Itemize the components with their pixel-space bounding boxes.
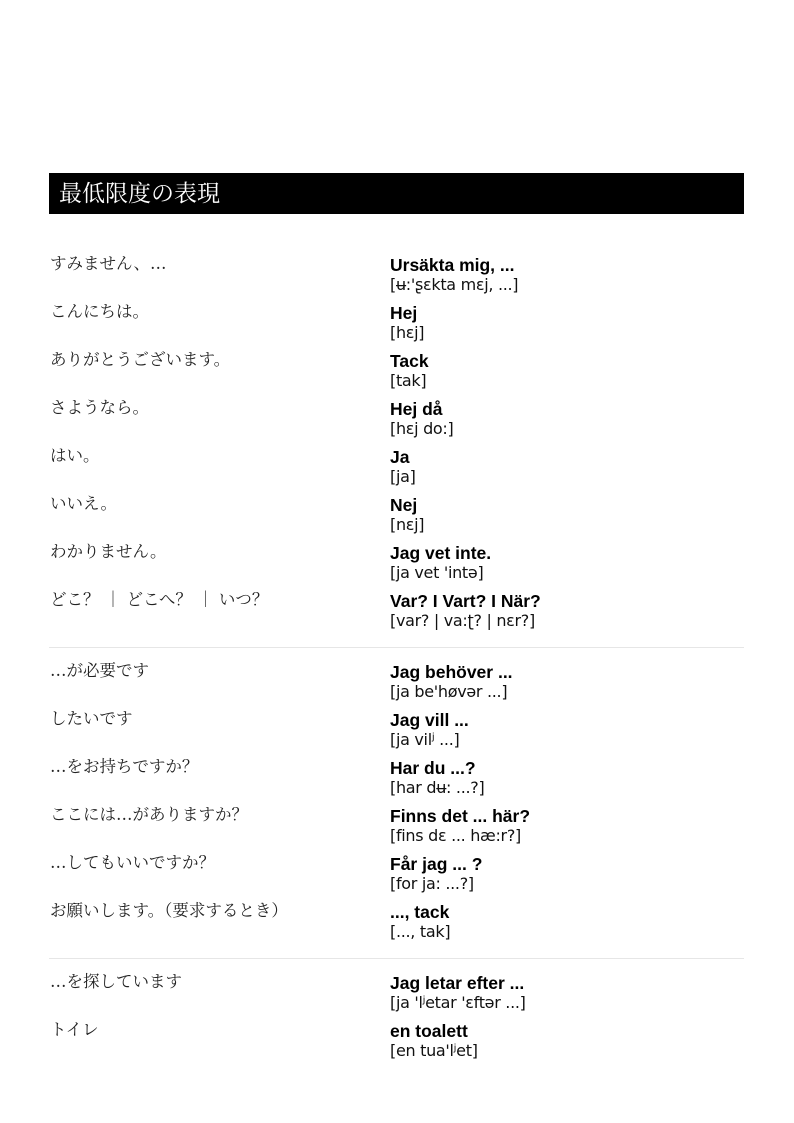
swedish-phrase: Har du ...? bbox=[390, 759, 484, 778]
japanese-phrase: …が必要です bbox=[50, 661, 149, 681]
section-title: 最低限度の表現 bbox=[59, 183, 220, 206]
phrase-list: すみません、… Ursäkta mig, ... [ʉ:'ʂɛkta mɛj, … bbox=[49, 256, 744, 1070]
japanese-phrase: わかりません。 bbox=[50, 542, 167, 562]
swedish-phrase: Tack bbox=[390, 352, 429, 371]
japanese-phrase: …を探しています bbox=[50, 972, 182, 992]
phrase-row: すみません、… Ursäkta mig, ... [ʉ:'ʂɛkta mɛj, … bbox=[49, 256, 744, 304]
section-header: 最低限度の表現 bbox=[49, 173, 744, 214]
japanese-phrase: いいえ。 bbox=[50, 494, 117, 514]
swedish-translation: Ursäkta mig, ... [ʉ:'ʂɛkta mɛj, ...] bbox=[390, 256, 518, 294]
japanese-phrase: どこ？ ｜ どこへ？ ｜ いつ？ bbox=[50, 590, 268, 610]
phrase-row: どこ？ ｜ どこへ？ ｜ いつ？ Var? I Vart? I När? [va… bbox=[49, 592, 744, 640]
swedish-phrase: Jag vill ... bbox=[390, 711, 469, 730]
phrase-row: お願いします。（要求するとき） ..., tack [..., tak] bbox=[49, 903, 744, 951]
phrase-row: こんにちは。 Hej [hɛj] bbox=[49, 304, 744, 352]
pronunciation: [ja be'høvər ...] bbox=[390, 682, 513, 701]
swedish-translation: Jag vet inte. [ja vet 'intə] bbox=[390, 544, 491, 582]
phrase-row: ありがとうございます。 Tack [tak] bbox=[49, 352, 744, 400]
swedish-phrase: Hej då bbox=[390, 400, 453, 419]
phrase-row: さようなら。 Hej då [hɛj do:] bbox=[49, 400, 744, 448]
japanese-phrase: お願いします。（要求するとき） bbox=[50, 901, 288, 921]
pronunciation: [..., tak] bbox=[390, 922, 450, 941]
swedish-phrase: Ja bbox=[390, 448, 416, 467]
phrase-group-looking-for: …を探しています Jag letar efter ... [ja 'lʲetar… bbox=[49, 974, 744, 1070]
pronunciation: [fins dɛ ... hæ:r?] bbox=[390, 826, 530, 845]
pronunciation: [hɛj do:] bbox=[390, 419, 453, 438]
phrase-group-basic: すみません、… Ursäkta mig, ... [ʉ:'ʂɛkta mɛj, … bbox=[49, 256, 744, 640]
phrase-row: わかりません。 Jag vet inte. [ja vet 'intə] bbox=[49, 544, 744, 592]
swedish-translation: Var? I Vart? I När? [var? | va:ʈ? | nɛr?… bbox=[390, 592, 541, 630]
japanese-phrase: はい。 bbox=[50, 446, 100, 466]
swedish-translation: Finns det ... här? [fins dɛ ... hæ:r?] bbox=[390, 807, 530, 845]
pronunciation: [ʉ:'ʂɛkta mɛj, ...] bbox=[390, 275, 518, 294]
phrase-row: トイレ en toalett [en tua'lʲet] bbox=[49, 1022, 744, 1070]
pronunciation: [var? | va:ʈ? | nɛr?] bbox=[390, 611, 541, 630]
pronunciation: [ja vet 'intə] bbox=[390, 563, 491, 582]
phrase-row: いいえ。 Nej [nɛj] bbox=[49, 496, 744, 544]
pronunciation: [for ja: ...?] bbox=[390, 874, 482, 893]
phrase-row: したいです Jag vill ... [ja vilʲ ...] bbox=[49, 711, 744, 759]
swedish-translation: Hej då [hɛj do:] bbox=[390, 400, 453, 438]
swedish-translation: Ja [ja] bbox=[390, 448, 416, 486]
swedish-translation: Jag letar efter ... [ja 'lʲetar 'ɛftər .… bbox=[390, 974, 526, 1012]
swedish-phrase: Jag vet inte. bbox=[390, 544, 491, 563]
pronunciation: [en tua'lʲet] bbox=[390, 1041, 478, 1060]
swedish-translation: Hej [hɛj] bbox=[390, 304, 424, 342]
japanese-phrase: さようなら。 bbox=[50, 398, 149, 418]
swedish-phrase: Hej bbox=[390, 304, 424, 323]
japanese-phrase: ありがとうございます。 bbox=[50, 350, 230, 370]
swedish-translation: Nej [nɛj] bbox=[390, 496, 424, 534]
swedish-translation: en toalett [en tua'lʲet] bbox=[390, 1022, 478, 1060]
pronunciation: [tak] bbox=[390, 371, 429, 390]
group-divider bbox=[49, 647, 744, 648]
japanese-phrase: ここには…がありますか？ bbox=[50, 805, 248, 825]
phrase-row: …を探しています Jag letar efter ... [ja 'lʲetar… bbox=[49, 974, 744, 1022]
swedish-translation: Jag vill ... [ja vilʲ ...] bbox=[390, 711, 469, 749]
phrase-row: …してもいいですか？ Får jag ... ? [for ja: ...?] bbox=[49, 855, 744, 903]
group-divider bbox=[49, 958, 744, 959]
japanese-phrase: すみません、… bbox=[50, 254, 167, 274]
swedish-translation: Får jag ... ? [for ja: ...?] bbox=[390, 855, 482, 893]
phrase-row: …が必要です Jag behöver ... [ja be'høvər ...] bbox=[49, 663, 744, 711]
pronunciation: [ja vilʲ ...] bbox=[390, 730, 469, 749]
japanese-phrase: トイレ bbox=[50, 1020, 99, 1040]
swedish-phrase: Jag letar efter ... bbox=[390, 974, 526, 993]
swedish-phrase: ..., tack bbox=[390, 903, 450, 922]
pronunciation: [ja] bbox=[390, 467, 416, 486]
swedish-translation: Har du ...? [har dʉ: ...?] bbox=[390, 759, 484, 797]
pronunciation: [nɛj] bbox=[390, 515, 424, 534]
japanese-phrase: こんにちは。 bbox=[50, 302, 149, 322]
pronunciation: [har dʉ: ...?] bbox=[390, 778, 484, 797]
swedish-translation: Tack [tak] bbox=[390, 352, 429, 390]
phrase-group-requests: …が必要です Jag behöver ... [ja be'høvər ...]… bbox=[49, 663, 744, 951]
japanese-phrase: したいです bbox=[50, 709, 133, 729]
swedish-phrase: Finns det ... här? bbox=[390, 807, 530, 826]
swedish-phrase: Jag behöver ... bbox=[390, 663, 513, 682]
swedish-phrase: Ursäkta mig, ... bbox=[390, 256, 518, 275]
pronunciation: [hɛj] bbox=[390, 323, 424, 342]
swedish-phrase: Får jag ... ? bbox=[390, 855, 482, 874]
pronunciation: [ja 'lʲetar 'ɛftər ...] bbox=[390, 993, 526, 1012]
swedish-phrase: Var? I Vart? I När? bbox=[390, 592, 541, 611]
phrase-row: はい。 Ja [ja] bbox=[49, 448, 744, 496]
swedish-translation: Jag behöver ... [ja be'høvər ...] bbox=[390, 663, 513, 701]
phrase-row: …をお持ちですか？ Har du ...? [har dʉ: ...?] bbox=[49, 759, 744, 807]
swedish-phrase: Nej bbox=[390, 496, 424, 515]
swedish-phrase: en toalett bbox=[390, 1022, 478, 1041]
japanese-phrase: …をお持ちですか？ bbox=[50, 757, 198, 777]
phrase-row: ここには…がありますか？ Finns det ... här? [fins dɛ… bbox=[49, 807, 744, 855]
japanese-phrase: …してもいいですか？ bbox=[50, 853, 215, 873]
swedish-translation: ..., tack [..., tak] bbox=[390, 903, 450, 941]
